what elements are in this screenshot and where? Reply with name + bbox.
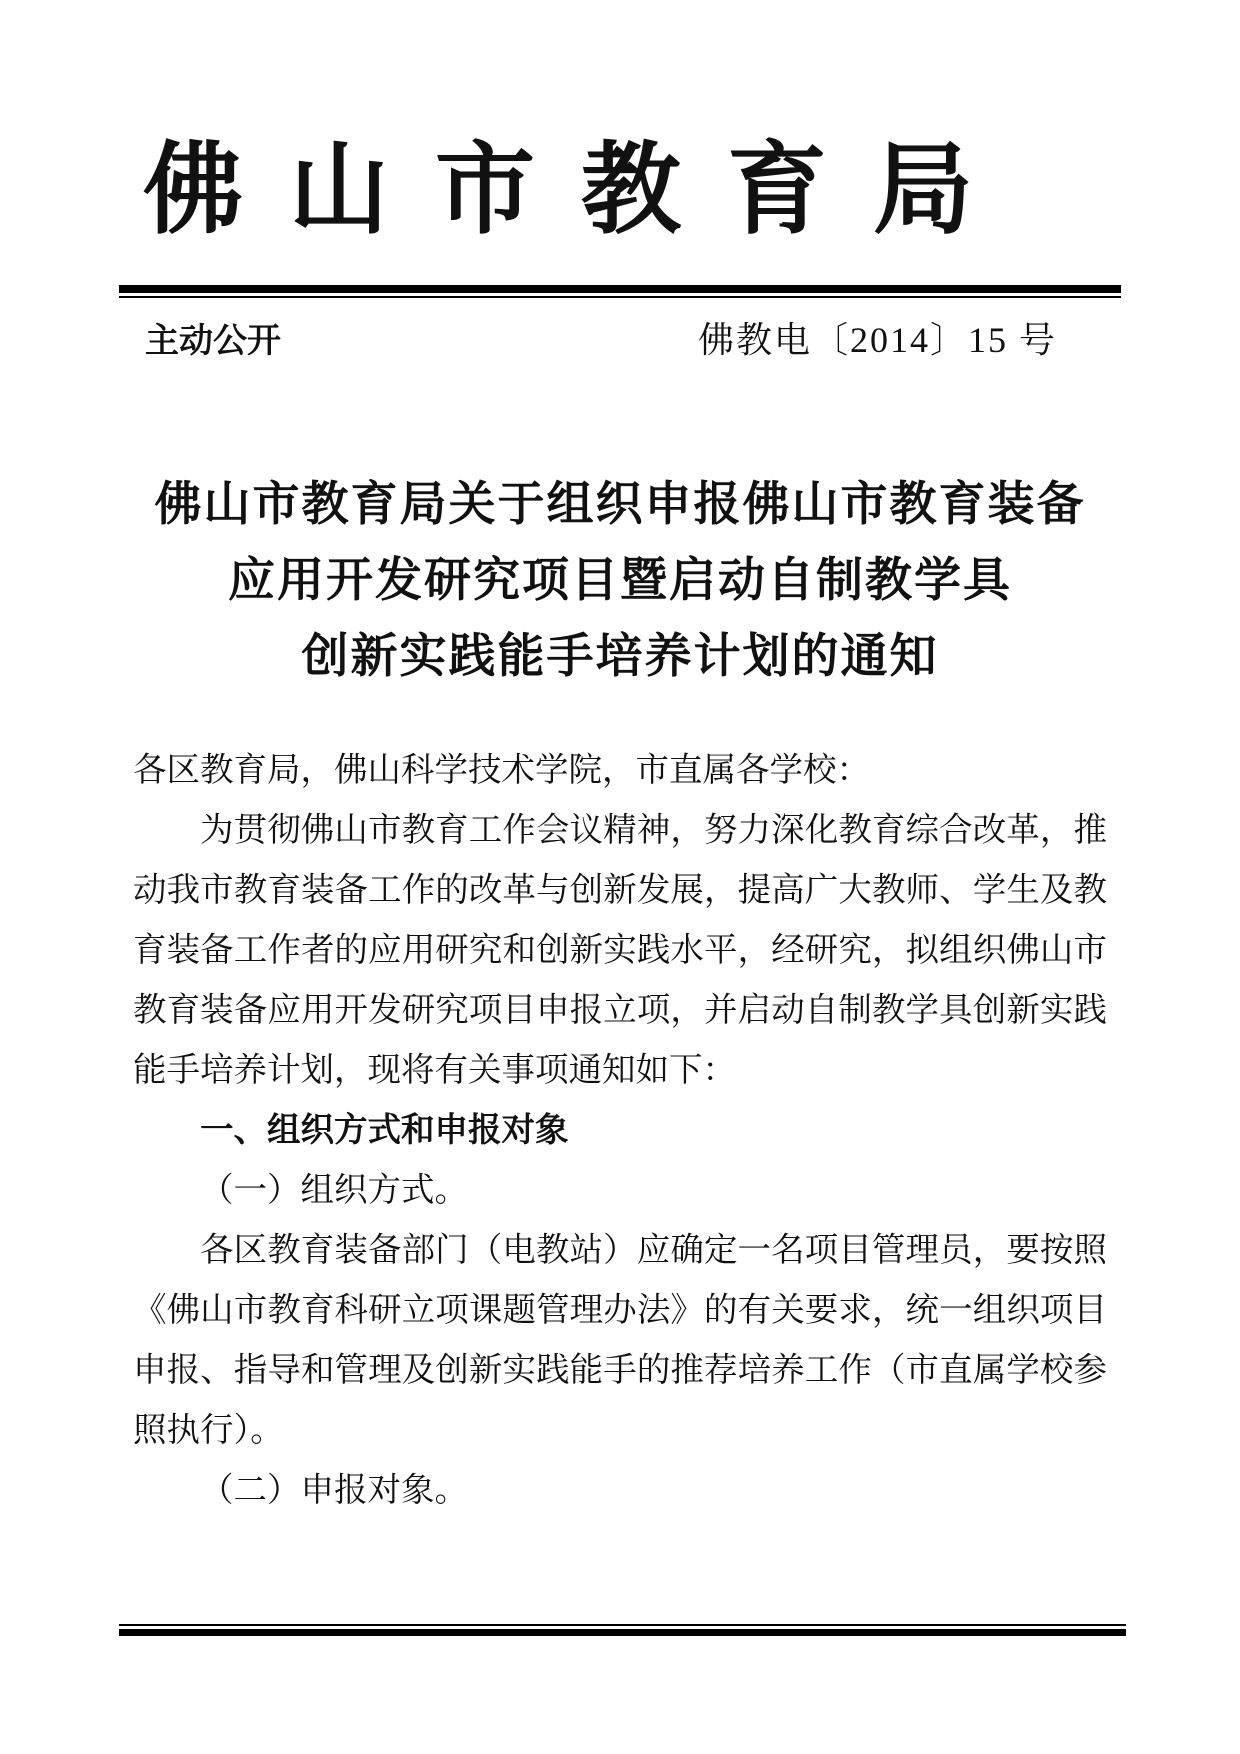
paragraph-organization: 各区教育装备部门（电教站）应确定一名项目管理员，要按照《佛山市教育科研立项课题管… bbox=[133, 1221, 1107, 1461]
document-page: 佛山市教育局 主动公开 佛教电〔2014〕15 号 佛山市教育局关于组织申报佛山… bbox=[0, 0, 1240, 1754]
meta-row: 主动公开 佛教电〔2014〕15 号 bbox=[119, 318, 1121, 363]
document-content: 佛山市教育局 主动公开 佛教电〔2014〕15 号 佛山市教育局关于组织申报佛山… bbox=[119, 0, 1121, 1521]
letterhead-title: 佛山市教育局 bbox=[119, 138, 1121, 243]
section-heading-1: 一、组织方式和申报对象 bbox=[133, 1101, 1107, 1161]
footer-separator bbox=[119, 1624, 1126, 1636]
subsection-heading-1: （一）组织方式。 bbox=[133, 1161, 1107, 1221]
paragraph-intro: 为贯彻佛山市教育工作会议精神，努力深化教育综合改革，推动我市教育装备工作的改革与… bbox=[133, 801, 1107, 1101]
document-number: 佛教电〔2014〕15 号 bbox=[698, 318, 1057, 362]
title-line-3: 创新实践能手培养计划的通知 bbox=[119, 619, 1121, 695]
subsection-heading-2: （二）申报对象。 bbox=[133, 1461, 1107, 1521]
disclosure-label: 主动公开 bbox=[145, 319, 281, 363]
title-line-2: 应用开发研究项目暨启动自制教学具 bbox=[119, 543, 1121, 619]
document-title: 佛山市教育局关于组织申报佛山市教育装备 应用开发研究项目暨启动自制教学具 创新实… bbox=[119, 467, 1121, 695]
document-body: 各区教育局，佛山科学技术学院，市直属各学校： 为贯彻佛山市教育工作会议精神，努力… bbox=[119, 741, 1121, 1521]
salutation: 各区教育局，佛山科学技术学院，市直属各学校： bbox=[133, 741, 1107, 801]
header-separator bbox=[119, 285, 1121, 298]
title-line-1: 佛山市教育局关于组织申报佛山市教育装备 bbox=[119, 467, 1121, 543]
